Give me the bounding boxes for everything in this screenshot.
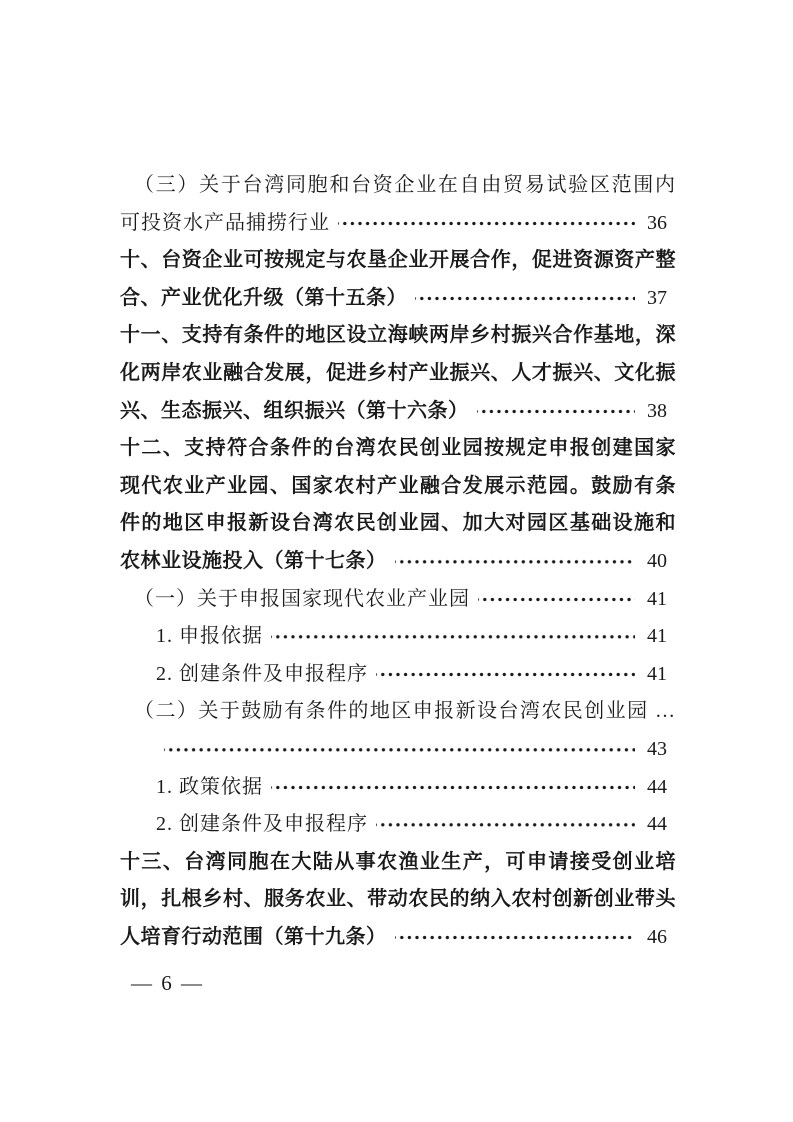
dot-leader xyxy=(415,280,635,318)
dot-leader xyxy=(376,806,635,844)
toc-page-number: 44 xyxy=(647,769,667,807)
toc-line-text: 可投资水产品捕捞行业 xyxy=(120,205,330,243)
toc-entry: 十二、支持符合条件的台湾农民创业园按规定申报创建国家现代农业产业园、国家农村产业… xyxy=(120,430,676,580)
toc-entry: （三）关于台湾同胞和台资企业在自由贸易试验区范围内可投资水产品捕捞行业36 xyxy=(120,167,676,242)
toc-line: 农林业设施投入（第十七条）40 xyxy=(120,543,676,581)
toc-line: 件的地区申报新设台湾农民创业园、加大对园区基础设施和 xyxy=(120,505,676,543)
dot-leader xyxy=(271,769,635,807)
toc-line: 化两岸农业融合发展，促进乡村产业振兴、人才振兴、文化振 xyxy=(120,355,676,393)
page-footer-text: — 6 — xyxy=(131,971,203,995)
dot-leader xyxy=(338,205,635,243)
toc-line-text: （一）关于申报国家现代农业产业园 xyxy=(134,581,470,619)
toc-entry: 1. 政策依据44 xyxy=(120,769,676,807)
dot-leader xyxy=(271,618,635,656)
toc-line-text: 1. 政策依据 xyxy=(156,769,263,807)
toc-line: 兴、生态振兴、组织振兴（第十六条）38 xyxy=(120,393,676,431)
toc-line: （三）关于台湾同胞和台资企业在自由贸易试验区范围内 xyxy=(120,167,676,205)
toc-page-number: 36 xyxy=(647,205,667,243)
toc-entry: 2. 创建条件及申报程序41 xyxy=(120,656,676,694)
toc-line: 十、台资企业可按规定与农垦企业开展合作，促进资源资产整 xyxy=(120,242,676,280)
toc-entry: 2. 创建条件及申报程序44 xyxy=(120,806,676,844)
dot-leader xyxy=(395,919,636,957)
toc-line: 十三、台湾同胞在大陆从事农渔业生产，可申请接受创业培 xyxy=(120,844,676,882)
toc-line: 合、产业优化升级（第十五条）37 xyxy=(120,280,676,318)
dot-leader xyxy=(478,581,635,619)
toc-line: 43 xyxy=(120,731,676,769)
dot-leader xyxy=(376,656,635,694)
toc-line: 可投资水产品捕捞行业36 xyxy=(120,205,676,243)
toc-entry: 十、台资企业可按规定与农垦企业开展合作，促进资源资产整合、产业优化升级（第十五条… xyxy=(120,242,676,317)
toc-page-number: 46 xyxy=(647,919,667,957)
toc-page-number: 41 xyxy=(647,656,667,694)
toc-line-text: 2. 创建条件及申报程序 xyxy=(156,656,368,694)
toc-line-text: 1. 申报依据 xyxy=(156,618,263,656)
toc-page-number: 41 xyxy=(647,581,667,619)
toc-line: 1. 政策依据44 xyxy=(120,769,676,807)
toc-line: 十二、支持符合条件的台湾农民创业园按规定申报创建国家 xyxy=(120,430,676,468)
toc-page-number: 38 xyxy=(647,393,667,431)
toc-line: 十一、支持有条件的地区设立海峡两岸乡村振兴合作基地，深 xyxy=(120,317,676,355)
document-page: （三）关于台湾同胞和台资企业在自由贸易试验区范围内可投资水产品捕捞行业36十、台… xyxy=(0,0,793,1122)
toc-page-number: 43 xyxy=(647,731,667,769)
toc-line-text: 2. 创建条件及申报程序 xyxy=(156,806,368,844)
toc-line-text: 兴、生态振兴、组织振兴（第十六条） xyxy=(120,393,469,431)
dot-leader xyxy=(164,731,635,769)
toc-line: 1. 申报依据41 xyxy=(120,618,676,656)
page-footer: — 6 — xyxy=(131,970,203,996)
dot-leader xyxy=(395,543,636,581)
toc-entry: （二）关于鼓励有条件的地区申报新设台湾农民创业园 …43 xyxy=(120,693,676,768)
toc-entry: 1. 申报依据41 xyxy=(120,618,676,656)
toc-page-number: 41 xyxy=(647,618,667,656)
toc-line-text: 合、产业优化升级（第十五条） xyxy=(120,280,407,318)
toc-entry: （一）关于申报国家现代农业产业园41 xyxy=(120,581,676,619)
toc-line: （一）关于申报国家现代农业产业园41 xyxy=(120,581,676,619)
toc-page-number: 37 xyxy=(647,280,667,318)
toc-line: 2. 创建条件及申报程序44 xyxy=(120,806,676,844)
toc-line: 2. 创建条件及申报程序41 xyxy=(120,656,676,694)
toc-line: 训，扎根乡村、服务农业、带动农民的纳入农村创新创业带头 xyxy=(120,881,676,919)
toc-line: 人培育行动范围（第十九条）46 xyxy=(120,919,676,957)
toc-line-text: 农林业设施投入（第十七条） xyxy=(120,543,387,581)
toc-page-number: 44 xyxy=(647,806,667,844)
toc: （三）关于台湾同胞和台资企业在自由贸易试验区范围内可投资水产品捕捞行业36十、台… xyxy=(120,167,676,956)
toc-entry: 十一、支持有条件的地区设立海峡两岸乡村振兴合作基地，深化两岸农业融合发展，促进乡… xyxy=(120,317,676,430)
toc-line-text: 人培育行动范围（第十九条） xyxy=(120,919,387,957)
toc-entry: 十三、台湾同胞在大陆从事农渔业生产，可申请接受创业培训，扎根乡村、服务农业、带动… xyxy=(120,844,676,957)
toc-page-number: 40 xyxy=(647,543,667,581)
dot-leader xyxy=(477,393,636,431)
toc-line: （二）关于鼓励有条件的地区申报新设台湾农民创业园 … xyxy=(120,693,676,731)
toc-line: 现代农业产业园、国家农村产业融合发展示范园。鼓励有条 xyxy=(120,468,676,506)
